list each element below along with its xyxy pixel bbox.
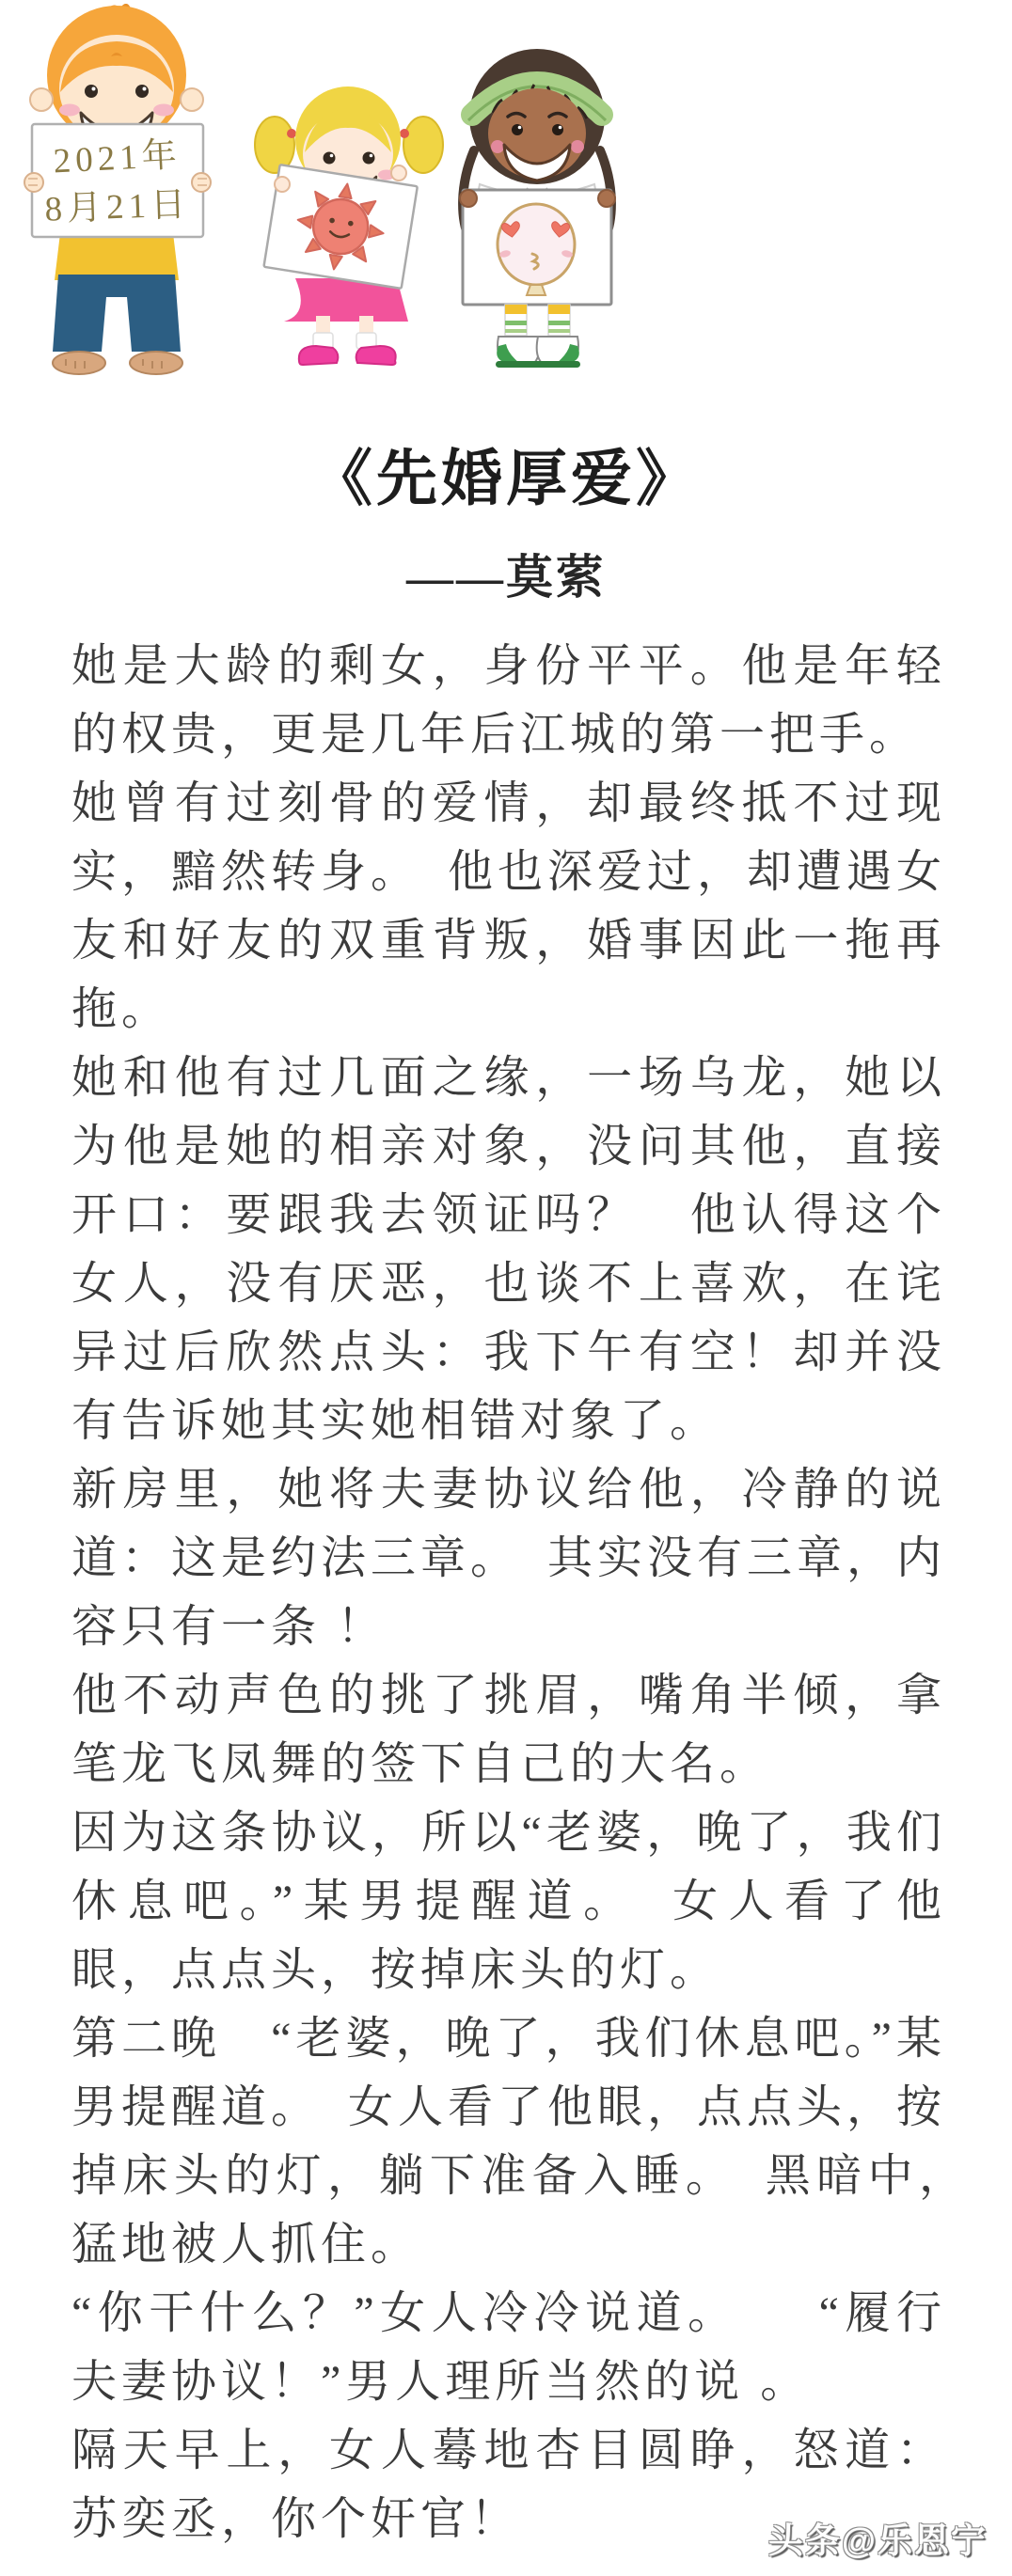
story-paragraph: 他不动声色的挑了挑眉，嘴角半倾，拿笔龙飞凤舞的签下自己的大名。: [71, 1661, 946, 1798]
date-sign-line1: 2021年: [53, 134, 182, 181]
girl-pigtail: [403, 117, 443, 173]
story-paragraph: 因为这条协议，所以“老婆，晚了，我们休息吧。”某男提醒道。 女人看了他眼，点点头…: [71, 1798, 946, 2004]
girl-with-sun-sign: [254, 86, 444, 370]
story-paragraph: 第二晚 “老婆，晚了，我们休息吧。”某男提醒道。 女人看了他眼，点点头，按掉床头…: [71, 2004, 946, 2279]
boy-pants: [53, 275, 181, 352]
story-paragraph: 她和他有过几面之缘，一场乌龙，她以为他是她的相亲对象，没问其他，直接开口：要跟我…: [71, 1044, 946, 1455]
girl-hand: [275, 177, 290, 192]
boy-eye: [85, 85, 98, 98]
novel-recommendation-page: 2021年 8月21日: [0, 0, 1012, 2576]
kids-illustration: 2021年 8月21日: [0, 0, 1012, 387]
girl-shoe: [356, 346, 396, 365]
child-with-love-sign: [440, 45, 640, 376]
date-sign: 2021年 8月21日: [32, 124, 203, 237]
girl-shoe: [299, 346, 339, 365]
story-paragraph: 新房里，她将夫妻协议给他，冷静的说道：这是约法三章。 其实没有三章，内容只有一条…: [71, 1455, 946, 1661]
boy-shirt: [55, 233, 179, 280]
boy-with-date-sign: 2021年 8月21日: [8, 4, 226, 382]
child-sneakers: [496, 337, 580, 368]
story-paragraph: 她曾有过刻骨的爱情，却最终抵不过现实，黯然转身。 他也深爱过，却遭遇女友和好友的…: [71, 769, 946, 1044]
child-socks: [505, 305, 570, 336]
watermark: 头条@乐恩宁: [768, 2512, 988, 2563]
boy-sandal: [53, 352, 105, 374]
date-sign-line2: 8月21日: [44, 185, 191, 228]
love-face-sign: [463, 190, 611, 305]
book-author: ——莫萦: [0, 540, 1012, 607]
story-paragraph: “你干什么？”女人冷冷说道。 “履行夫妻协议！”男人理所当然的说 。: [71, 2279, 946, 2416]
child-hand: [598, 190, 615, 207]
story-paragraph: 她是大龄的剩女，身份平平。他是年轻的权贵，更是几年后江城的第一把手。: [71, 632, 946, 769]
boy-sandal: [130, 352, 182, 374]
book-title: 《先婚厚爱》: [0, 429, 1012, 517]
girl-hand: [391, 165, 406, 181]
child-hand: [460, 190, 477, 207]
story-text: 她是大龄的剩女，身份平平。他是年轻的权贵，更是几年后江城的第一把手。 她曾有过刻…: [0, 632, 1012, 2553]
girl-pigtail: [255, 117, 294, 173]
boy-eye: [135, 85, 149, 98]
